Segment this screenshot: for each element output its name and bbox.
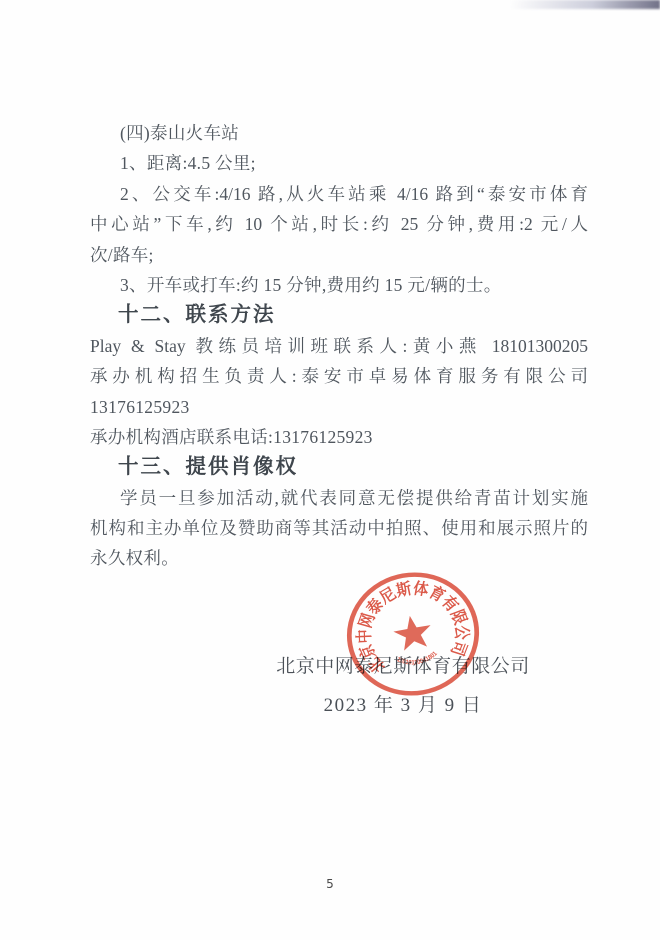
scan-artifact xyxy=(510,0,660,9)
document-body: (四)泰山火车站 1、距离:4.5 公里; 2、公交车:4/16 路,从火车站乘… xyxy=(90,118,588,574)
doc-line: 机构和主办单位及赞助商等其活动中拍照、使用和展示照片的 xyxy=(90,513,588,543)
doc-line: 2、公交车:4/16 路,从火车站乘 4/16 路到“泰安市体育 xyxy=(90,179,588,209)
star-icon xyxy=(391,613,434,652)
doc-line: 中心站”下车,约 10 个站,时长:约 25 分钟,费用:2 元/人 xyxy=(90,209,588,239)
doc-line: 3、开车或打车:约 15 分钟,费用约 15 元/辆的士。 xyxy=(90,270,588,300)
doc-line: 次/路车; xyxy=(90,240,588,270)
doc-line: 永久权利。 xyxy=(90,543,588,573)
seal-number: 11010110041801 xyxy=(394,649,440,669)
section-heading-portrait-rights: 十三、提供肖像权 xyxy=(118,452,588,482)
doc-line: 学员一旦参加活动,就代表同意无偿提供给青苗计划实施 xyxy=(90,483,588,513)
doc-line: (四)泰山火车站 xyxy=(90,118,588,148)
section-heading-contact: 十二、联系方法 xyxy=(118,300,588,330)
doc-line: Play & Stay 教练员培训班联系人:黄小燕 18101300205 xyxy=(90,331,588,361)
doc-line: 1、距离:4.5 公里; xyxy=(90,148,588,178)
doc-line: 13176125923 xyxy=(90,392,588,422)
doc-line: 承办机构酒店联系电话:13176125923 xyxy=(90,422,588,452)
document-page: (四)泰山火车站 1、距离:4.5 公里; 2、公交车:4/16 路,从火车站乘… xyxy=(0,0,660,940)
company-seal: 北京中网泰尼斯体育有限公司 11010110041801 xyxy=(334,559,492,709)
doc-line: 承办机构招生负责人:泰安市卓易体育服务有限公司 xyxy=(90,361,588,391)
page-number: 5 xyxy=(0,877,660,891)
